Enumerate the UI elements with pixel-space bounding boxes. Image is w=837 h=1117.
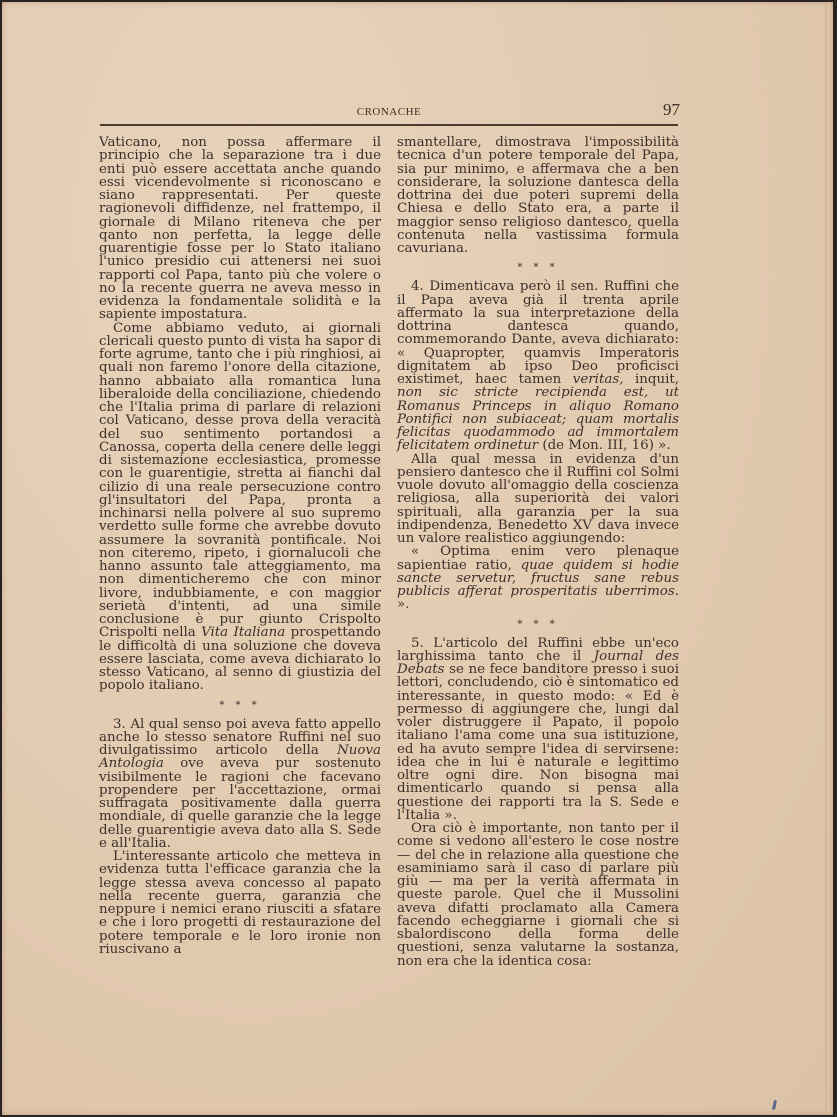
- page-number: 97: [663, 100, 680, 120]
- paragraph: smantellare, dimostrava l'impossibilità …: [397, 136, 679, 255]
- section-separator: * * *: [99, 699, 381, 712]
- paragraph: 4. Dimenticava però il sen. Ruffini che …: [397, 280, 679, 452]
- running-head: CRONACHE 97: [98, 102, 680, 124]
- section-separator: * * *: [397, 261, 679, 274]
- paragraph: Ora ciò è importante, non tanto per il c…: [397, 822, 679, 968]
- ink-mark: [772, 1100, 777, 1110]
- paragraph: 3. Al qual senso poi aveva fatto appello…: [99, 718, 381, 851]
- book-page: CRONACHE 97 Vaticano, non possa affermar…: [2, 2, 833, 1115]
- paragraph: Vaticano, non possa affermare il princip…: [99, 136, 381, 322]
- paragraph: Alla qual messa in evidenza d'un pensier…: [397, 453, 679, 546]
- right-column: smantellare, dimostrava l'impossibilità …: [397, 136, 679, 968]
- page-edge: [825, 2, 827, 1115]
- paragraph: L'interessante articolo che metteva in e…: [99, 850, 381, 956]
- paragraph: Come abbiamo veduto, ai giornali clerica…: [99, 322, 381, 693]
- section-separator: * * *: [397, 618, 679, 631]
- running-title: CRONACHE: [98, 106, 680, 118]
- paragraph: 5. L'articolo del Ruffini ebbe un'eco la…: [397, 637, 679, 823]
- block-quote: « Optima enim vero plenaque sapientiae r…: [397, 545, 679, 611]
- header-rule: [100, 124, 678, 126]
- left-column: Vaticano, non possa affermare il princip…: [99, 136, 381, 956]
